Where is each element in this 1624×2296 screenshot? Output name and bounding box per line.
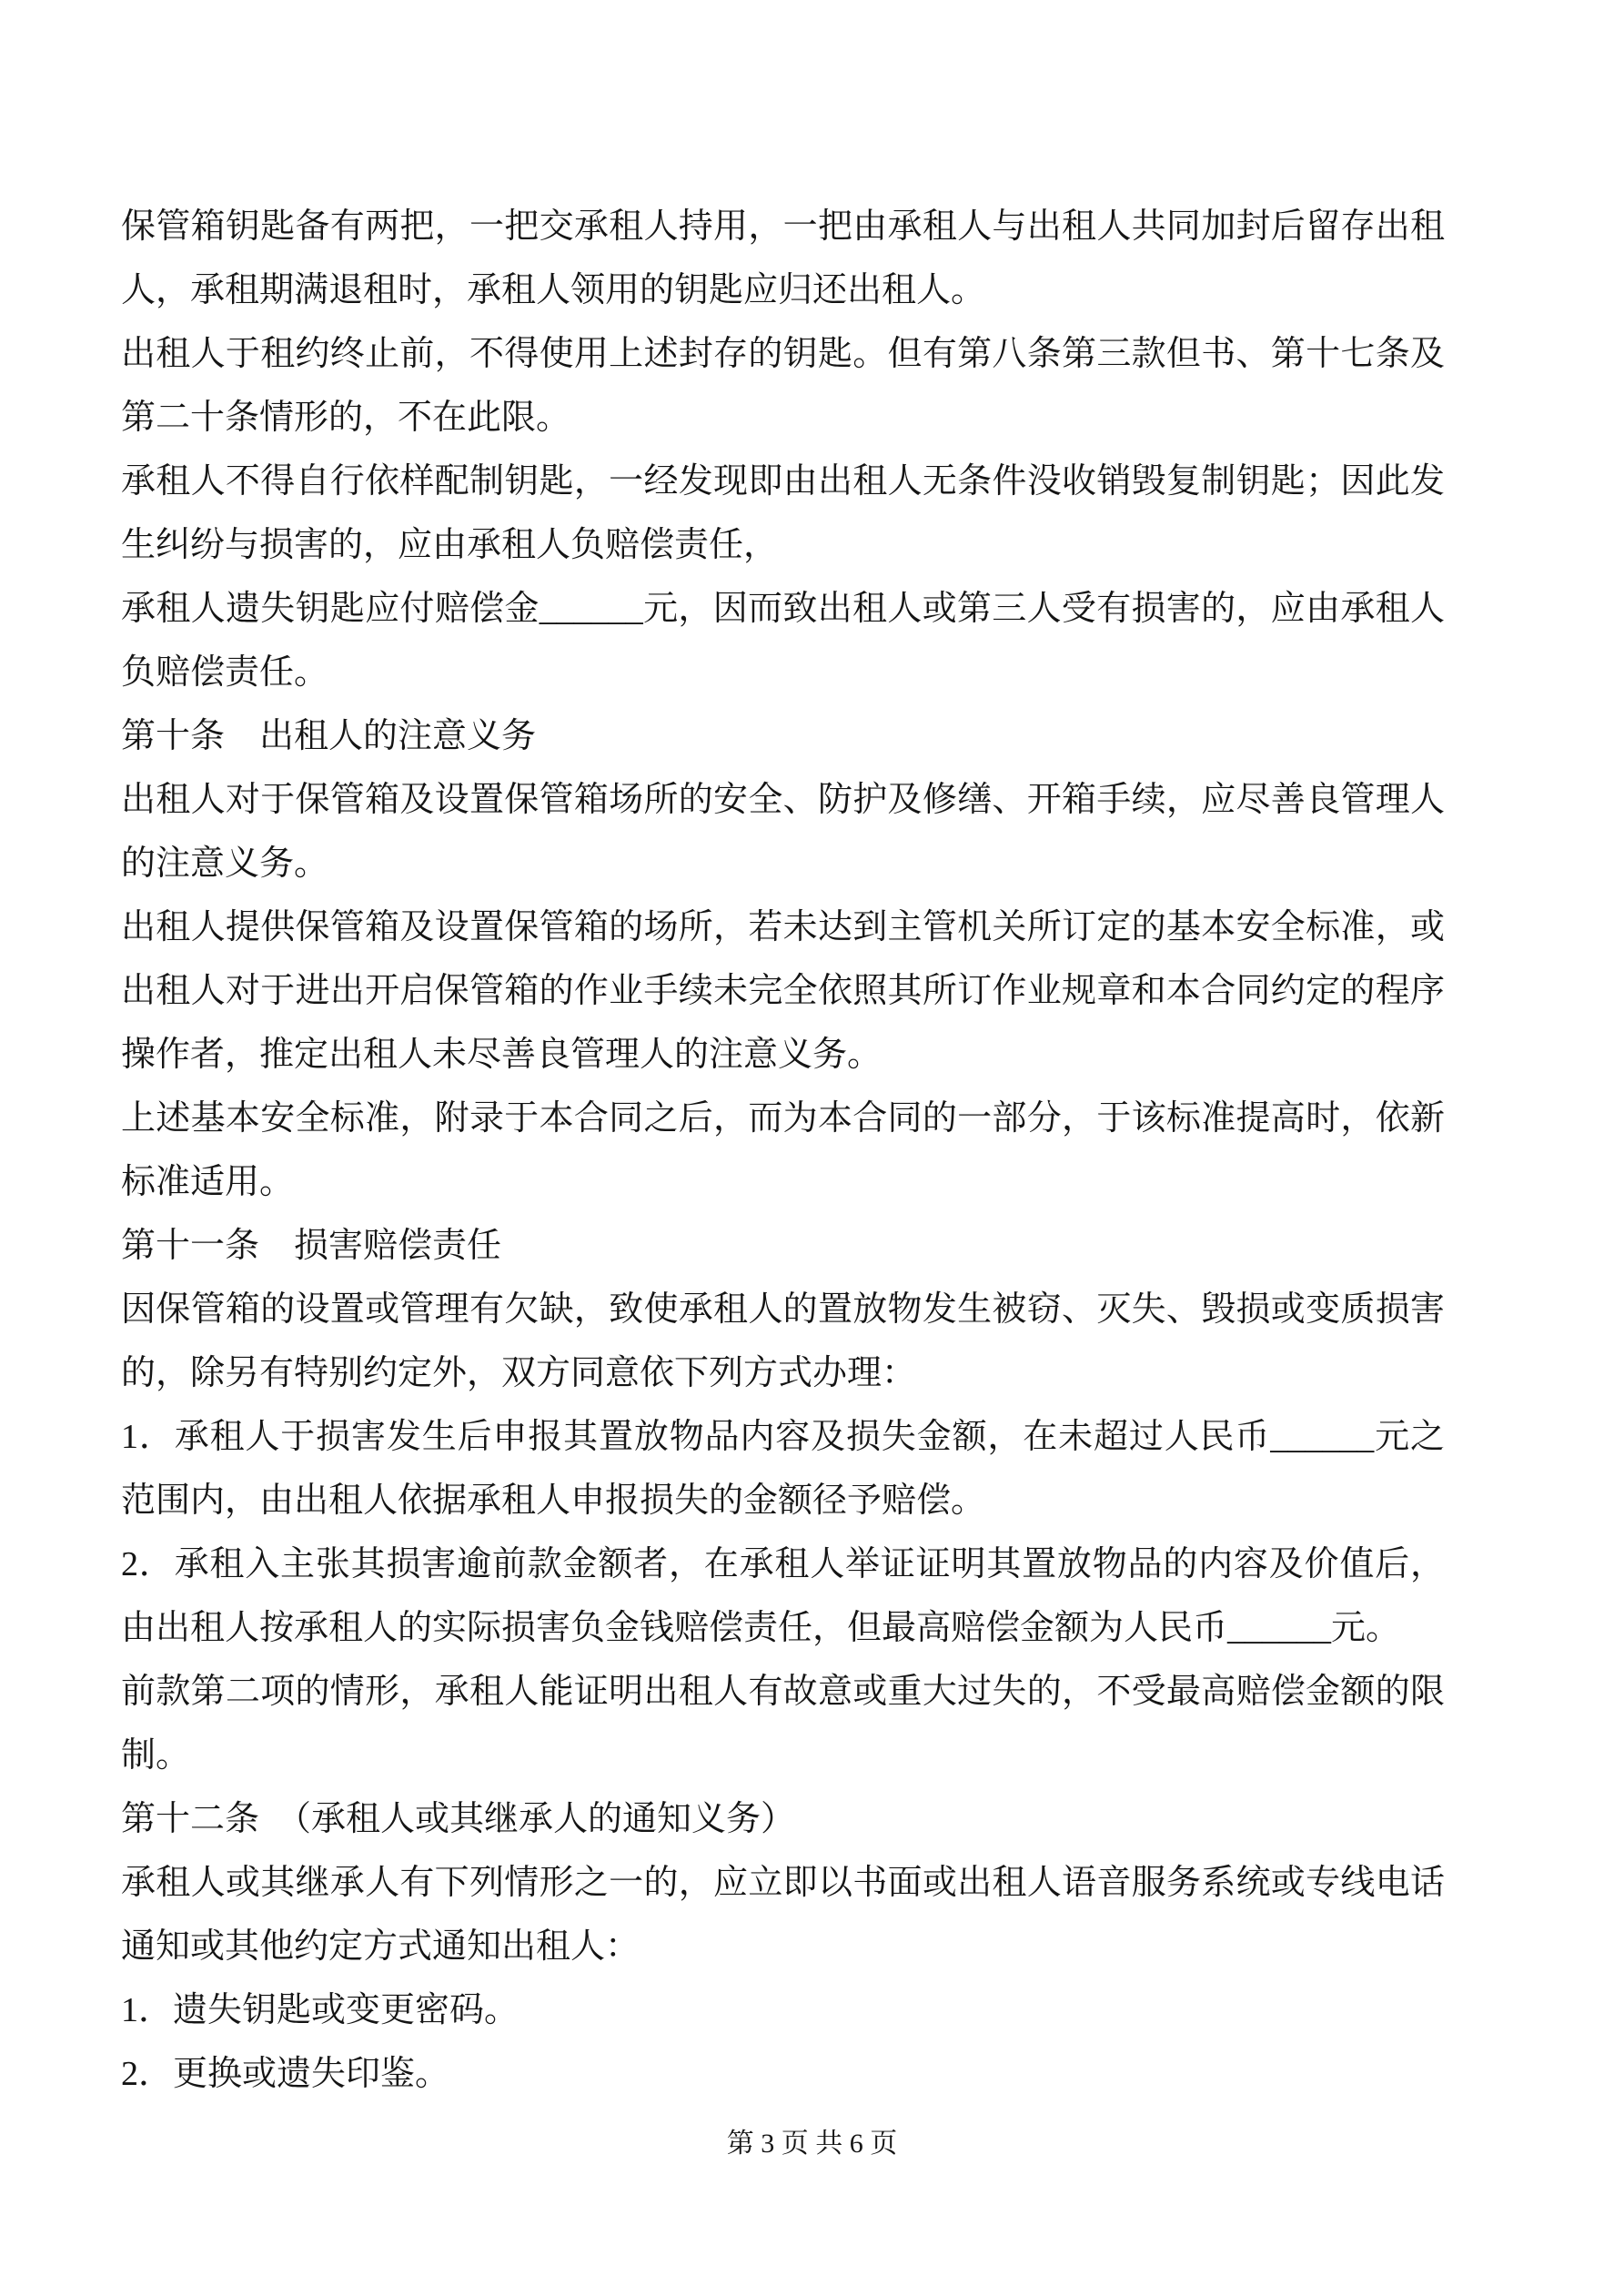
- paragraph-notice-item-2: 2．更换或遗失印鉴。: [121, 2042, 1445, 2106]
- contract-document-page: 保管箱钥匙备有两把，一把交承租人持用，一把由承租人与出租人共同加封后留存出租人，…: [0, 0, 1624, 2296]
- paragraph-sealed-key-restriction: 出租人于租约终止前，不得使用上述封存的钥匙。但有第八条第三款但书、第十七条及第二…: [121, 322, 1445, 450]
- paragraph-lost-key-compensation: 承租人遗失钥匙应付赔偿金______元，因而致出租人或第三人受有损害的，应由承租…: [121, 577, 1445, 704]
- paragraph-damage-liability-intro: 因保管箱的设置或管理有欠缺，致使承租人的置放物发生被窃、灭失、毁损或变质损害的，…: [121, 1278, 1445, 1405]
- paragraph-liability-limit-waiver: 前款第二项的情形，承租人能证明出租人有故意或重大过失的，不受最高赔偿金额的限制。: [121, 1660, 1445, 1787]
- paragraph-key-duplication-ban: 承租人不得自行依样配制钥匙，一经发现即由出租人无条件没收销毁复制钥匙；因此发生纠…: [121, 450, 1445, 577]
- paragraph-notice-item-1: 1．遗失钥匙或变更密码。: [121, 1978, 1445, 2042]
- article-10-heading: 第十条 出租人的注意义务: [121, 704, 1445, 768]
- article-11-heading: 第十一条 损害赔偿责任: [121, 1214, 1445, 1278]
- paragraph-lessor-duty-of-care: 出租人对于保管箱及设置保管箱场所的安全、防护及修缮、开箱手续，应尽善良管理人的注…: [121, 768, 1445, 895]
- paragraph-standard-appendix: 上述基本安全标准，附录于本合同之后，而为本合同的一部分，于该标准提高时，依新标准…: [121, 1087, 1445, 1214]
- contract-body-text: 保管箱钥匙备有两把，一把交承租人持用，一把由承租人与出租人共同加封后留存出租人，…: [121, 195, 1445, 2106]
- paragraph-safety-standard: 出租人提供保管箱及设置保管箱的场所，若未达到主管机关所订定的基本安全标准，或出租…: [121, 895, 1445, 1087]
- paragraph-notice-obligation-intro: 承租人或其继承人有下列情形之一的，应立即以书面或出租人语音服务系统或专线电话通知…: [121, 1851, 1445, 1978]
- article-12-heading: 第十二条 （承租人或其继承人的通知义务）: [121, 1787, 1445, 1851]
- paragraph-claim-item-1: 1．承租人于损害发生后申报其置放物品内容及损失金额，在未超过人民币______元…: [121, 1405, 1445, 1532]
- paragraph-key-provision: 保管箱钥匙备有两把，一把交承租人持用，一把由承租人与出租人共同加封后留存出租人，…: [121, 195, 1445, 322]
- paragraph-claim-item-2: 2．承租入主张其损害逾前款金额者，在承租人举证证明其置放物品的内容及价值后，由出…: [121, 1532, 1445, 1660]
- page-number: 第 3 页 共 6 页: [0, 2126, 1624, 2162]
